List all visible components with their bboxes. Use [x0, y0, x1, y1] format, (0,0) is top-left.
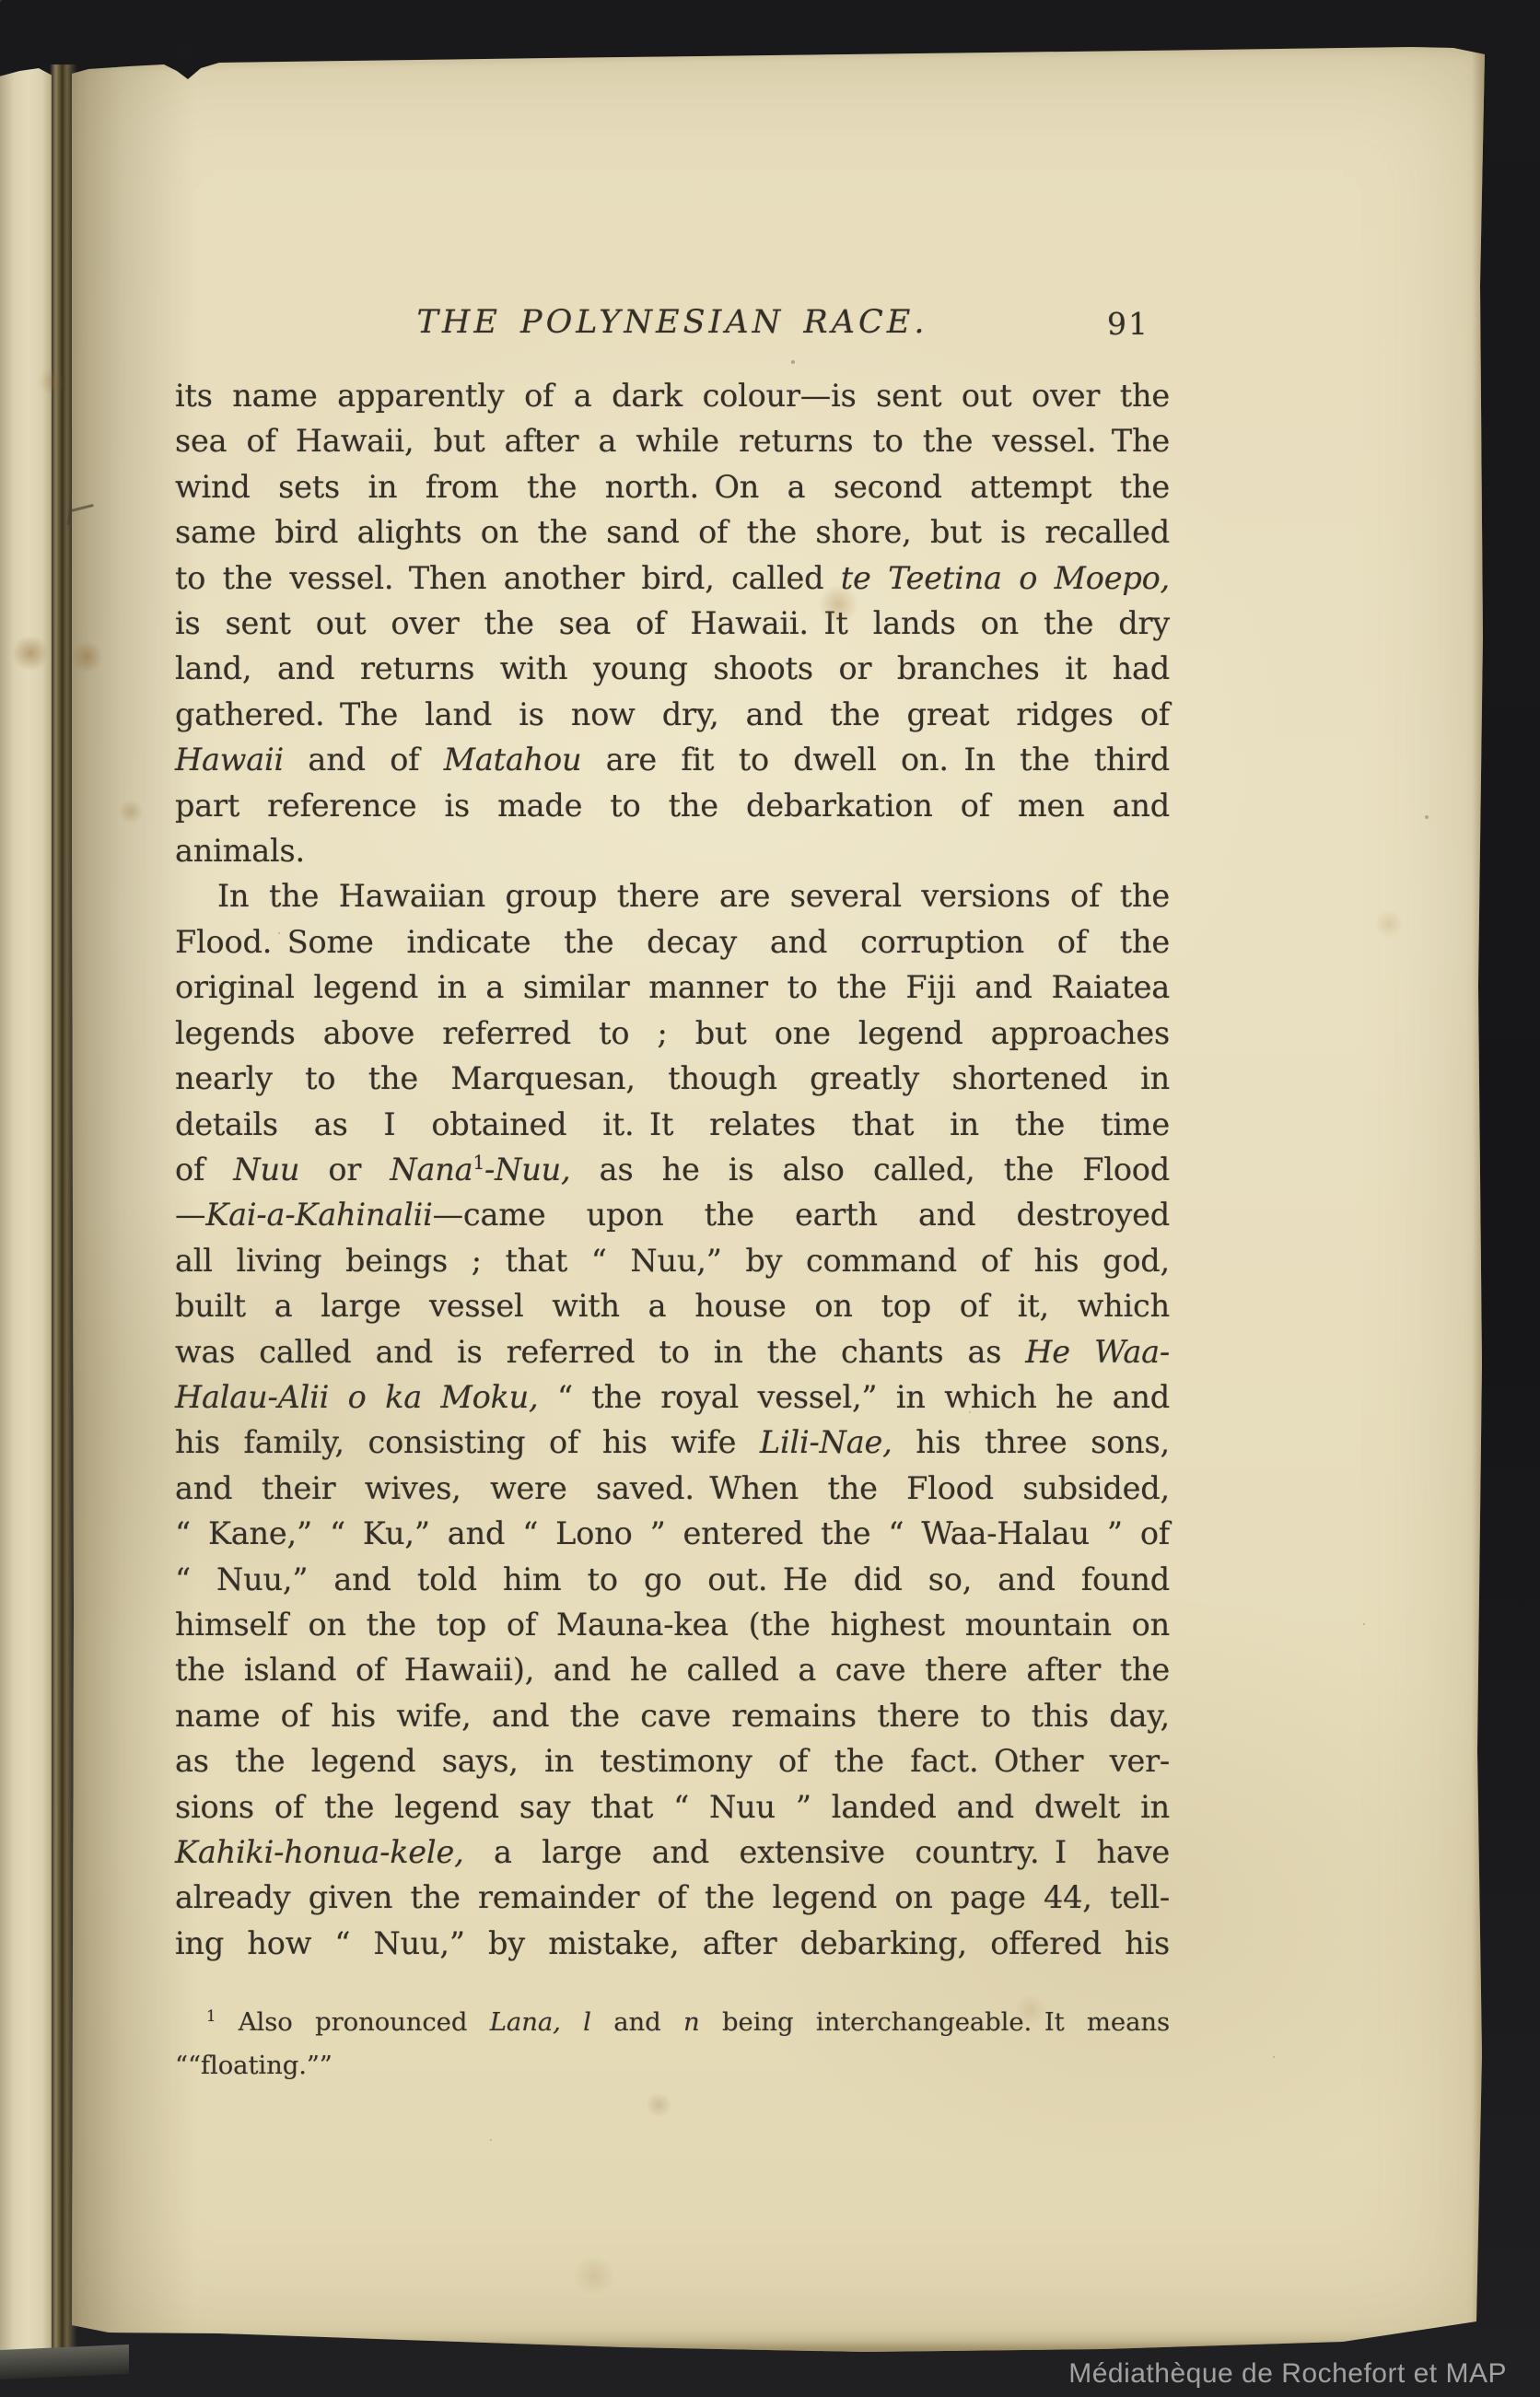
text-line: land, and returns with young shoots or b… [175, 646, 1170, 691]
text-line: already given the remainder of the legen… [175, 1875, 1170, 1920]
text-line: built a large vessel with a house on top… [175, 1283, 1170, 1328]
footnote: 1 Also pronounced Lana, l and n being in… [175, 2001, 1170, 2087]
text-line: sions of the legend say that “ Nuu ” lan… [175, 1784, 1170, 1830]
text-line: his family, consisting of his wife Lili-… [175, 1420, 1170, 1465]
text-line: was called and is referred to in the cha… [175, 1329, 1170, 1374]
page-right-edge [1472, 46, 1485, 2353]
text-line: part reference is made to the debarkatio… [175, 783, 1170, 828]
text-line: same bird alights on the sand of the sho… [175, 509, 1170, 555]
page-tear-notch [169, 41, 198, 67]
text-line: as the legend says, in testimony of the … [175, 1738, 1170, 1783]
text-line: name of his wife, and the cave remains t… [175, 1693, 1170, 1738]
text-line: the island of Hawaii), and he called a c… [175, 1647, 1170, 1692]
text-line: original legend in a similar manner to t… [175, 965, 1170, 1010]
text-line: Hawaii and of Matahou are fit to dwell o… [175, 737, 1170, 782]
page-header: THE POLYNESIAN RACE. 91 [175, 304, 1170, 346]
body-text: its name apparently of a dark colour—is … [175, 373, 1170, 1966]
text-line: ““floating.”” [175, 2044, 1170, 2087]
text-line: all living beings ; that “ Nuu,” by comm… [175, 1238, 1170, 1283]
book-page-edges [0, 68, 52, 2360]
watermark-label: Médiathèque de Rochefort et MAP [1068, 2358, 1507, 2390]
text-line: —Kai-a-Kahinalii—came upon the earth and… [175, 1192, 1170, 1237]
text-line: 1 Also pronounced Lana, l and n being in… [175, 2001, 1170, 2044]
page-number: 91 [1107, 306, 1149, 342]
text-line: gathered. The land is now dry, and the g… [175, 692, 1170, 737]
photo-backdrop: THE POLYNESIAN RACE. 91 its name apparen… [0, 0, 1540, 2397]
pencil-mark [66, 501, 103, 532]
text-line: sea of Hawaii, but after a while returns… [175, 418, 1170, 463]
text-line: of Nuu or Nana1-Nuu, as he is also calle… [175, 1147, 1170, 1192]
text-line: wind sets in from the north. On a second… [175, 464, 1170, 509]
text-line: “ Kane,” “ Ku,” and “ Lono ” entered the… [175, 1511, 1170, 1556]
text-line: details as I obtained it. It relates tha… [175, 1102, 1170, 1147]
book-page: THE POLYNESIAN RACE. 91 its name apparen… [72, 46, 1485, 2353]
page-top-edge [72, 46, 1485, 77]
text-line: Flood. Some indicate the decay and corru… [175, 919, 1170, 965]
text-line: is sent out over the sea of Hawaii. It l… [175, 601, 1170, 646]
text-line: and their wives, were saved. When the Fl… [175, 1466, 1170, 1511]
page-title: THE POLYNESIAN RACE. [175, 304, 1170, 341]
text-line: nearly to the Marquesan, though greatly … [175, 1056, 1170, 1101]
book-cradle-corner [0, 2344, 129, 2379]
text-line: Halau-Alii o ka Moku, “ the royal vessel… [175, 1374, 1170, 1420]
text-line: ing how “ Nuu,” by mistake, after debark… [175, 1921, 1170, 1966]
text-line: to the vessel. Then another bird, called… [175, 555, 1170, 601]
text-line: himself on the top of Mauna-kea (the hig… [175, 1602, 1170, 1647]
text-line: In the Hawaiian group there are several … [175, 873, 1170, 918]
text-line: Kahiki-honua-kele, a large and extensive… [175, 1830, 1170, 1875]
text-line: animals. [175, 828, 1170, 873]
text-line: legends above referred to ; but one lege… [175, 1011, 1170, 1056]
paper-specks [0, 0, 2, 2]
text-line: “ Nuu,” and told him to go out. He did s… [175, 1557, 1170, 1602]
text-line: its name apparently of a dark colour—is … [175, 373, 1170, 418]
page-bottom-edge [72, 2329, 1485, 2353]
